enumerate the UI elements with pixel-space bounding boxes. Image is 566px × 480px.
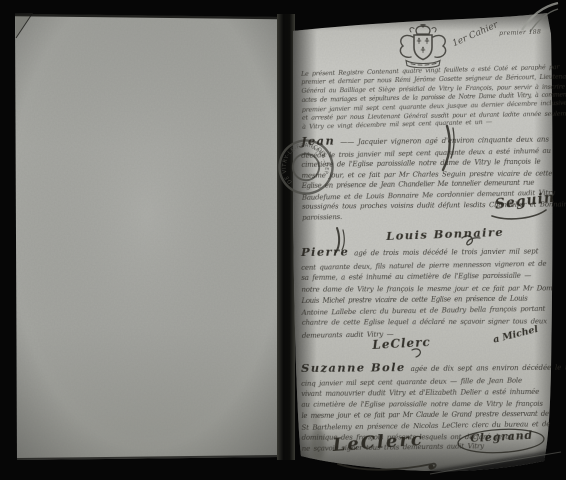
entry-first-line: agée de dix sept ans environ décédée le … [411,363,566,375]
armorial-stamp-icon [394,24,452,72]
fleur-de-lis-icon [417,38,429,53]
handwriting-line: notre dame de Vitry le françois le mesme… [301,283,549,296]
left-scroll [400,35,413,57]
left-blank-page [15,14,279,460]
right-scroll [433,35,446,57]
deceased-name: Jean [301,136,335,147]
entry-first-line: agé de trois mois décédé le trois janvie… [354,247,538,260]
burial-entry-pierre: Pierre agé de trois mois décédé le trois… [301,244,550,341]
book-gutter [277,14,295,460]
handwriting-line: au cimetière de l'Eglise paroissialle no… [301,399,551,411]
entry-body: décédé le trois janvier mil sept cent qu… [301,147,548,223]
scanned-register-photo: DE VITRY-LE-FRANÇOIS ARCH. DEP. 1er Cahi… [0,0,566,480]
folio-number-note: premier 188 [499,29,541,37]
deceased-name: Pierre [301,246,349,258]
deceased-name: Suzanne Bole [301,362,406,374]
preamble-paragraph: Le présent Registre Contenant quatre vin… [301,65,545,132]
handwriting-line: mesme jour, et ce fait par Mr Charles Se… [302,168,548,181]
